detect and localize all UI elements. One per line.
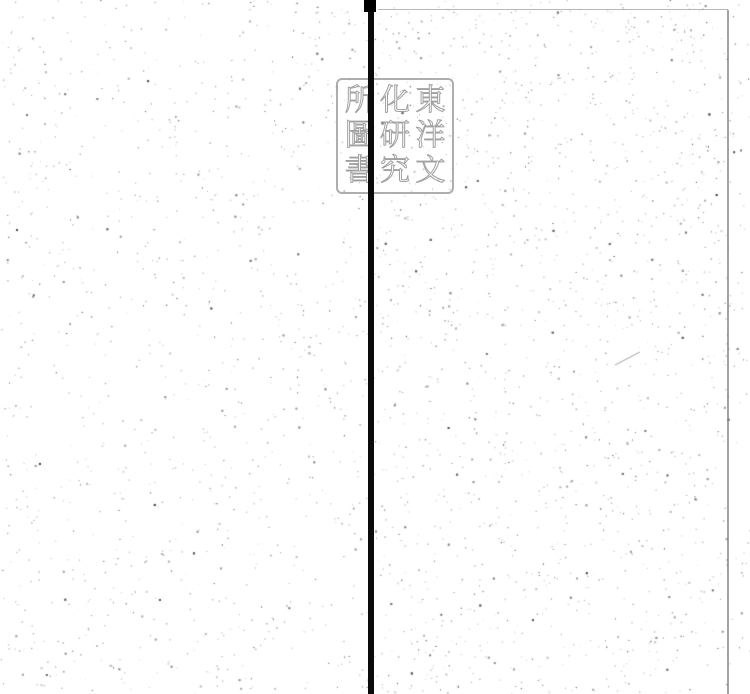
seal-character: 研 <box>377 119 412 154</box>
book-spine-gutter <box>368 0 374 694</box>
library-seal-stamp: 東 洋 文 化 研 究 所 圖 書 <box>336 78 454 194</box>
right-page-top-edge <box>378 9 728 10</box>
seal-character: 究 <box>377 153 412 188</box>
left-page <box>0 0 368 694</box>
seal-character: 洋 <box>413 119 448 154</box>
right-page-outer-edge <box>727 10 729 694</box>
seal-character: 化 <box>377 84 412 119</box>
spine-top-mark <box>364 0 376 12</box>
book-spread: 東 洋 文 化 研 究 所 圖 書 <box>0 0 750 694</box>
seal-character: 文 <box>413 153 448 188</box>
seal-character: 東 <box>413 84 448 119</box>
